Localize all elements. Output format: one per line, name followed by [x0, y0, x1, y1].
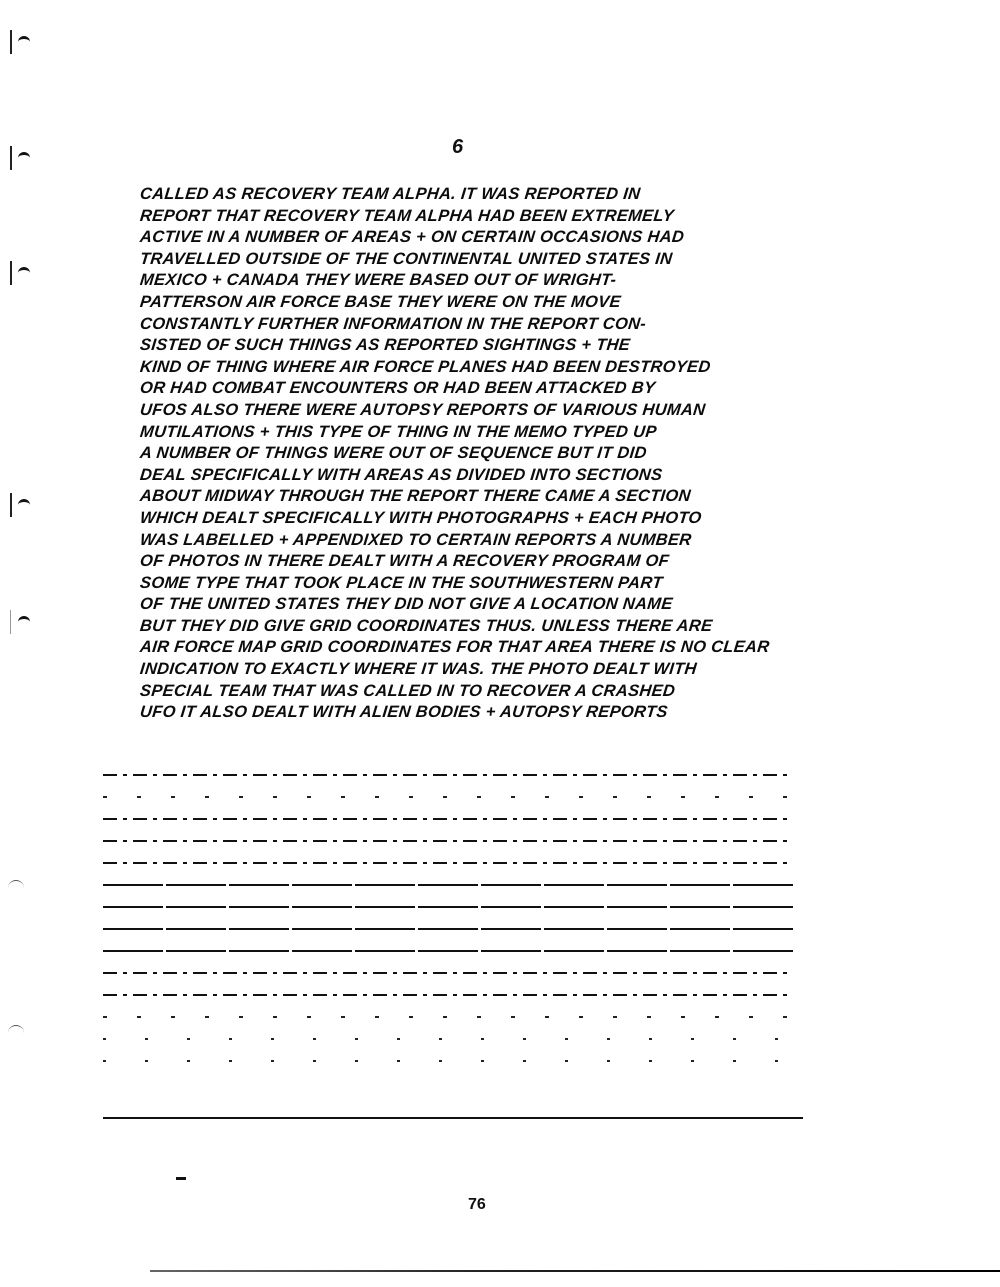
handwritten-line: Indication To Exactly Where It Was. The … — [139, 659, 831, 681]
handwritten-line: Sisted Of Such Things As Reported Sighti… — [139, 335, 831, 357]
handwritten-line: UFOs Also There Were Autopsy Reports Of … — [139, 400, 831, 422]
redacted-line — [103, 818, 793, 820]
handwritten-line: Constantly Further Information In The Re… — [139, 314, 831, 336]
margin-mark-icon — [10, 610, 40, 634]
redacted-line — [103, 884, 793, 886]
margin-mark-icon — [10, 30, 40, 54]
redacted-line — [103, 862, 793, 864]
redacted-line — [103, 774, 793, 776]
redacted-line — [103, 994, 793, 996]
footer-rule — [150, 1270, 1000, 1272]
handwritten-line: UFO It Also Dealt With Alien Bodies + Au… — [139, 702, 831, 724]
handwritten-line: Active In A Number Of Areas + On Certain… — [139, 227, 831, 249]
redacted-lines — [103, 774, 793, 1082]
redacted-line — [103, 796, 793, 798]
handwritten-line: Which Dealt Specifically With Photograph… — [139, 508, 831, 530]
margin-mark-icon — [10, 146, 40, 170]
handwritten-line: Special Team That Was Called In To Recov… — [139, 681, 831, 703]
handwritten-line: Report That Recovery Team Alpha Had Been… — [139, 206, 831, 228]
handwritten-line: Air Force Map Grid Coordinates For That … — [139, 637, 831, 659]
bottom-rule — [103, 1117, 803, 1119]
handwritten-line: Was Labelled + Appendixed To Certain Rep… — [139, 530, 831, 552]
redacted-line — [103, 1060, 793, 1062]
handwritten-line: A Number Of Things Were Out Of Sequence … — [139, 443, 831, 465]
redacted-line — [103, 928, 793, 930]
handwritten-line: Travelled Outside Of The Continental Uni… — [139, 249, 831, 271]
handwritten-line: But They Did Give Grid Coordinates Thus.… — [139, 616, 831, 638]
stray-mark — [176, 1177, 186, 1180]
handwritten-line: Patterson Air Force Base They Were On Th… — [139, 292, 831, 314]
handwritten-line: Of The United States They Did Not Give A… — [139, 594, 831, 616]
margin-mark-icon — [10, 493, 40, 517]
page-number: 76 — [468, 1196, 486, 1214]
handwritten-line: Some Type That Took Place In The Southwe… — [139, 573, 831, 595]
redacted-line — [103, 972, 793, 974]
binding-arc-icon — [8, 880, 24, 889]
binding-arc-icon — [8, 1025, 24, 1034]
handwritten-body: Called As Recovery Team Alpha. It Was Re… — [140, 184, 830, 724]
handwritten-line: Of Photos In There Dealt With A Recovery… — [139, 551, 831, 573]
handwritten-line: Mutilations + This Type Of Thing In The … — [139, 422, 831, 444]
redacted-line — [103, 1038, 793, 1040]
handwritten-line: Deal Specifically With Areas As Divided … — [139, 465, 831, 487]
handwritten-line: Kind Of Thing Where Air Force Planes Had… — [139, 357, 831, 379]
handwritten-line: Mexico + Canada They Were Based Out Of W… — [139, 270, 831, 292]
redacted-line — [103, 1016, 793, 1018]
redacted-line — [103, 840, 793, 842]
handwritten-line: About Midway Through The Report There Ca… — [139, 486, 831, 508]
section-number: 6 — [452, 136, 463, 159]
redacted-line — [103, 950, 793, 952]
handwritten-line: Or Had Combat Encounters Or Had Been Att… — [139, 378, 831, 400]
redacted-line — [103, 906, 793, 908]
handwritten-line: Called As Recovery Team Alpha. It Was Re… — [139, 184, 831, 206]
margin-mark-icon — [10, 261, 40, 285]
